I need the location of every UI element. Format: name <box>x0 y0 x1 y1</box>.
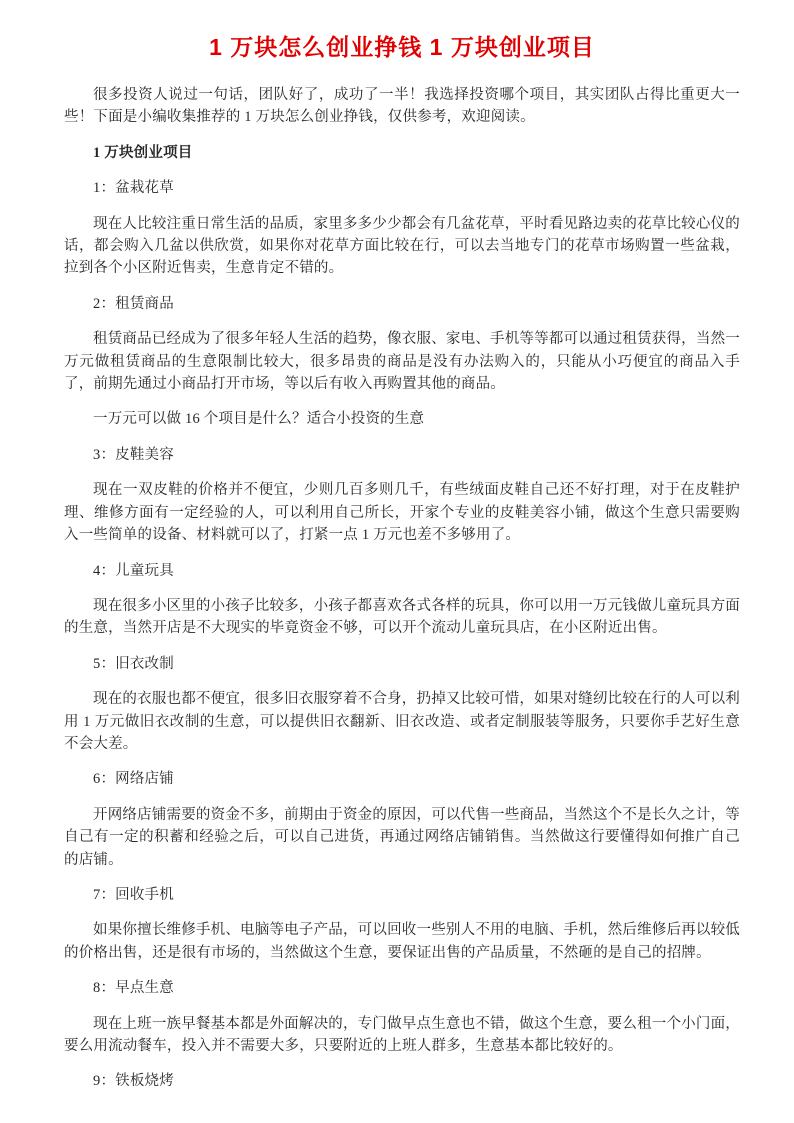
item-9-title: 9：铁板烧烤 <box>64 1070 740 1092</box>
item-6-title: 6：网络店铺 <box>64 768 740 790</box>
item-7-title: 7：回收手机 <box>64 884 740 906</box>
item-4-body: 现在很多小区里的小孩子比较多，小孩子都喜欢各式各样的玩具，你可以用一万元钱做儿童… <box>64 595 740 640</box>
item-1-body: 现在人比较注重日常生活的品质，家里多多少少都会有几盆花草，平时看见路边卖的花草比… <box>64 213 740 280</box>
item-8-title: 8：早点生意 <box>64 977 740 999</box>
related-question: 一万元可以做 16 个项目是什么？适合小投资的生意 <box>64 408 740 430</box>
document-title: 1 万块怎么创业挣钱 1 万块创业项目 <box>64 32 740 62</box>
document-page: 1 万块怎么创业挣钱 1 万块创业项目 很多投资人说过一句话，团队好了，成功了一… <box>0 0 794 1123</box>
item-5-body: 现在的衣服也都不便宜，很多旧衣服穿着不合身，扔掉又比较可惜，如果对缝纫比较在行的… <box>64 688 740 755</box>
item-6-body: 开网络店铺需要的资金不多，前期由于资金的原因，可以代售一些商品，当然这个不是长久… <box>64 804 740 871</box>
document-content: 很多投资人说过一句话，团队好了，成功了一半！我选择投资哪个项目，其实团队占得比重… <box>64 84 740 1093</box>
item-1-title: 1：盆栽花草 <box>64 177 740 199</box>
item-8-body: 现在上班一族早餐基本都是外面解决的，专门做早点生意也不错，做这个生意，要么租一个… <box>64 1013 740 1058</box>
item-5-title: 5：旧衣改制 <box>64 653 740 675</box>
intro-paragraph: 很多投资人说过一句话，团队好了，成功了一半！我选择投资哪个项目，其实团队占得比重… <box>64 84 740 129</box>
item-7-body: 如果你擅长维修手机、电脑等电子产品，可以回收一些别人不用的电脑、手机，然后维修后… <box>64 919 740 964</box>
item-2-body: 租赁商品已经成为了很多年轻人生活的趋势，像衣服、家电、手机等等都可以通过租赁获得… <box>64 328 740 395</box>
item-3-body: 现在一双皮鞋的价格并不便宜，少则几百多则几千，有些绒面皮鞋自己还不好打理，对于在… <box>64 479 740 546</box>
section-heading: 1 万块创业项目 <box>64 142 740 164</box>
item-3-title: 3：皮鞋美容 <box>64 444 740 466</box>
item-2-title: 2：租赁商品 <box>64 293 740 315</box>
item-4-title: 4：儿童玩具 <box>64 560 740 582</box>
